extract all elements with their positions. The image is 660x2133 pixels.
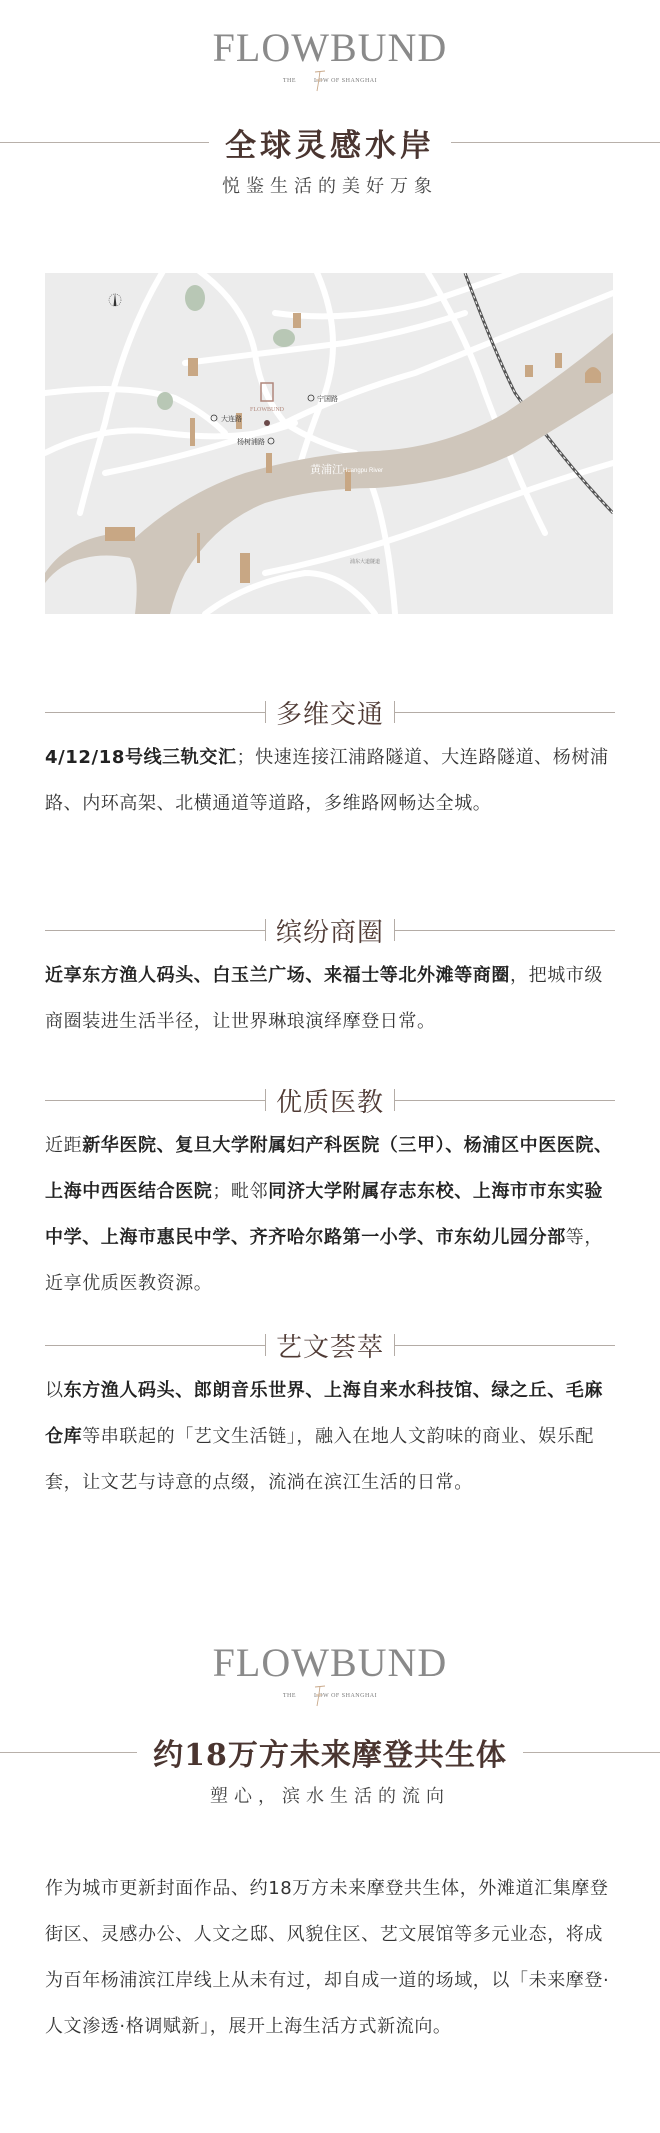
divider-right	[395, 712, 615, 713]
hero-title: 全球灵感水岸	[209, 120, 451, 165]
divider-right	[395, 930, 615, 931]
section-paragraph-shopping: 近享东方渔人码头、白玉兰广场、来福士等北外滩等商圈，把城市级商圈装进生活半径，让…	[45, 953, 617, 1045]
section-heading-education: 优质医教	[45, 1080, 615, 1120]
logo-tagline: THE LOW OF SHANGHAI	[0, 76, 660, 90]
svg-text:宁国路: 宁国路	[317, 394, 338, 403]
svg-text:Huangpu River: Huangpu River	[343, 468, 383, 474]
closing-headline-row: 约18万方未来摩登共生体	[0, 1732, 660, 1772]
svg-text:FLOWBUND: FLOWBUND	[250, 407, 285, 413]
svg-text:大连路: 大连路	[221, 414, 242, 423]
closing-paragraph: 作为城市更新封面作品、约18万方未来摩登共生体，外滩道汇集摩登街区、灵感办公、人…	[45, 1866, 617, 2050]
section-heading-transport: 多维交通	[45, 692, 615, 732]
closing-title: 约18万方未来摩登共生体	[137, 1730, 523, 1774]
section-title: 缤纷商圈	[266, 912, 394, 949]
divider-left	[45, 1345, 265, 1346]
divider-right	[395, 1345, 615, 1346]
section-heading-culture: 艺文荟萃	[45, 1325, 615, 1365]
logo-wordmark: FLOWBUND	[0, 28, 660, 68]
section-paragraph-education: 近距新华医院、复旦大学附属妇产科医院（三甲）、杨浦区中医医院、上海中西医结合医院…	[45, 1123, 617, 1307]
svg-text:杨树浦路: 杨树浦路	[237, 437, 265, 446]
section-paragraph-culture: 以东方渔人码头、郎朗音乐世界、上海自来水科技馆、绿之丘、毛麻仓库等串联起的「艺文…	[45, 1368, 617, 1506]
divider-right	[395, 1100, 615, 1101]
svg-text:黄浦江: 黄浦江	[310, 462, 343, 476]
closing-subtitle: 塑心，滨水生活的流向	[0, 1782, 660, 1808]
divider-left	[45, 930, 265, 931]
highlight-text: 近享东方渔人码头、白玉兰广场、来福士等北外滩等商圈	[45, 965, 510, 986]
divider-right	[523, 1752, 660, 1753]
f-monogram-icon	[312, 1685, 326, 1707]
logo-tagline-left: THE	[283, 78, 296, 84]
logo-tagline: THE LOW OF SHANGHAI	[0, 1691, 660, 1705]
hero-headline-row: 全球灵感水岸	[0, 122, 660, 162]
divider-right	[451, 142, 660, 143]
divider-left	[45, 1100, 265, 1101]
hero-subtitle: 悦鉴生活的美好万象	[0, 172, 660, 198]
section-title: 优质医教	[266, 1082, 394, 1119]
map-graphic: FLOWBUND 大连路 杨树浦路 宁国路 黄浦江 Huangpu River …	[45, 273, 613, 614]
body-text: 以	[45, 1380, 64, 1401]
brand-logo: FLOWBUND THE LOW OF SHANGHAI	[0, 28, 660, 90]
section-paragraph-transport: 4/12/18号线三轨交汇；快速连接江浦路隧道、大连路隧道、杨树浦路、内环高架、…	[45, 735, 617, 827]
divider-left	[0, 142, 209, 143]
highlight-text: 4/12/18号线三轨交汇	[45, 747, 237, 768]
divider-left	[45, 712, 265, 713]
f-monogram-icon	[312, 70, 326, 92]
svg-text:浦东大道隧道: 浦东大道隧道	[350, 558, 380, 565]
section-title: 艺文荟萃	[266, 1327, 394, 1364]
body-text: 等串联起的「艺文生活链」，融入在地人文韵味的商业、娱乐配套，让文艺与诗意的点缀，…	[45, 1426, 594, 1493]
body-text: ；毗邻	[212, 1181, 268, 1202]
body-text: 近距	[45, 1135, 82, 1156]
brand-logo-secondary: FLOWBUND THE LOW OF SHANGHAI	[0, 1643, 660, 1705]
section-heading-shopping: 缤纷商圈	[45, 910, 615, 950]
section-title: 多维交通	[266, 694, 394, 731]
logo-tagline-left: THE	[283, 1693, 296, 1699]
logo-wordmark: FLOWBUND	[0, 1643, 660, 1683]
location-map: FLOWBUND 大连路 杨树浦路 宁国路 黄浦江 Huangpu River …	[45, 273, 613, 614]
divider-left	[0, 1752, 137, 1753]
